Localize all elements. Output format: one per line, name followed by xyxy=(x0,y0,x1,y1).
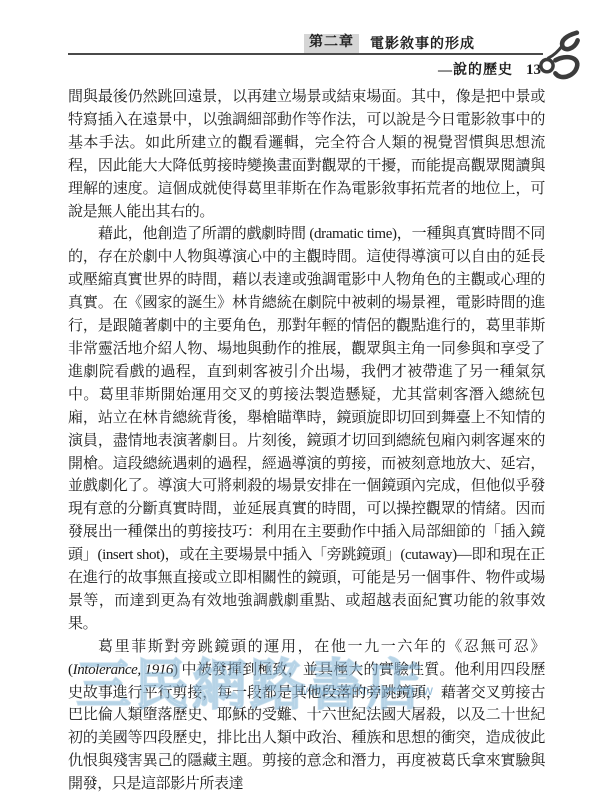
chapter-number-badge: 第二章 xyxy=(304,34,359,53)
chapter-title: 電影敘事的形成 xyxy=(370,33,475,53)
page-body-text: 間與最後仍然跳回遠景，以再建立場景或結束場面。其中，像是把中景或特寫插入在遠景中… xyxy=(68,86,545,796)
paragraph-intolerance: 葛里菲斯對旁跳鏡頭的運用，在他一九一六年的《忍無可忍》(Intolerance,… xyxy=(68,636,545,796)
film-title-latin: Intolerance, 1916 xyxy=(73,662,173,678)
calligraphy-ornament-icon xyxy=(537,25,583,91)
book-page: 三民網路書店 www.sanmin.com.tw 第二章 電影敘事的形成 —說的… xyxy=(0,0,593,800)
paragraph-intolerance-text-after: ) 中被發揮到極致，並具極大的實驗性質。他利用四段歷史故事進行平行剪接，每一段都… xyxy=(68,662,545,793)
running-header: 第二章 電影敘事的形成 xyxy=(304,33,475,53)
chapter-subtitle: —說的歷史 xyxy=(438,59,513,79)
paragraph-continuation: 間與最後仍然跳回遠景，以再建立場景或結束場面。其中，像是把中景或特寫插入在遠景中… xyxy=(68,86,545,223)
paragraph-dramatic-time: 藉此，他創造了所謂的戲劇時間 (dramatic time)，一種與真實時間不同… xyxy=(68,223,545,635)
header-rule xyxy=(68,53,543,55)
running-subtitle-row: —說的歷史 13 xyxy=(438,59,541,79)
